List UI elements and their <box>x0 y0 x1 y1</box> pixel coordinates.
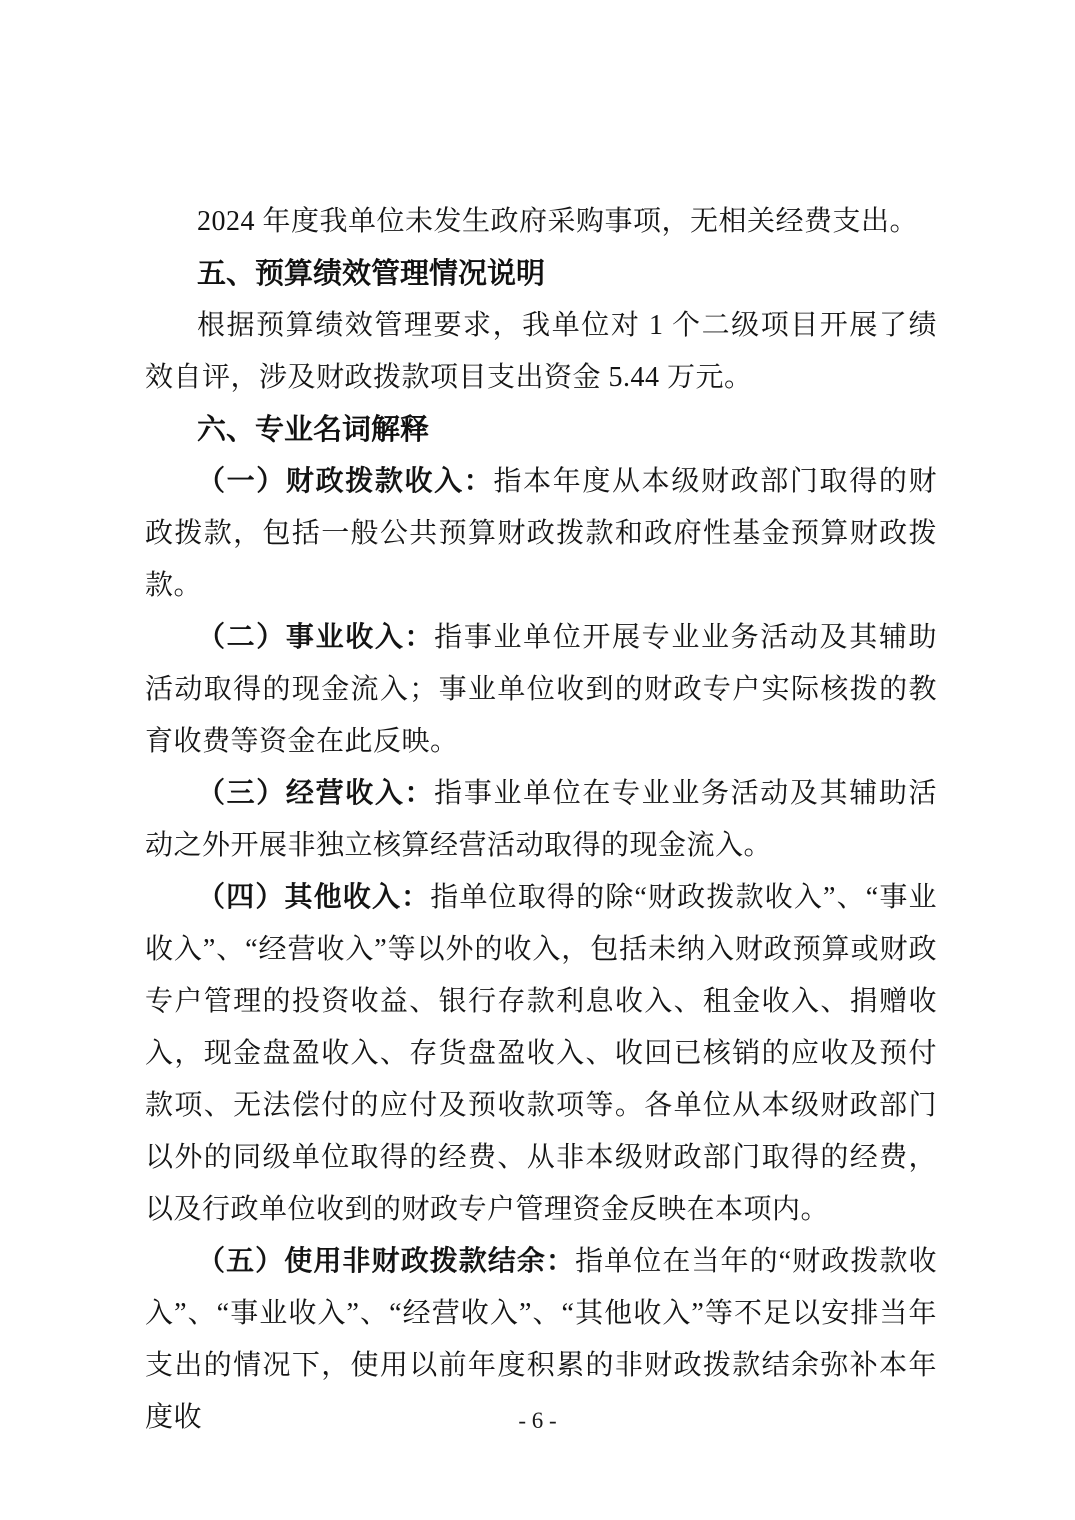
definition-paragraph-other-income: （四）其他收入：指单位取得的除“财政拨款收入”、“事业收入”、“经营收入”等以外… <box>145 872 937 1236</box>
term-label-fiscal-appropriation-income: （一）财政拨款收入： <box>197 466 493 497</box>
definition-paragraph-operating-income-public: （二）事业收入：指事业单位开展专业业务活动及其辅助活动取得的现金流入；事业单位收… <box>145 612 937 768</box>
term-label-other-income: （四）其他收入： <box>197 882 430 913</box>
term-definition-other-income: 指单位取得的除“财政拨款收入”、“事业收入”、“经营收入”等以外的收入，包括未纳… <box>145 882 937 1225</box>
term-label-non-fiscal-carryover: （五）使用非财政拨款结余： <box>197 1246 575 1277</box>
definition-paragraph-business-income: （三）经营收入：指事业单位在专业业务活动及其辅助活动之外开展非独立核算经营活动取… <box>145 768 937 872</box>
document-content: 2024 年度我单位未发生政府采购事项，无相关经费支出。 五、预算绩效管理情况说… <box>145 196 937 1444</box>
paragraph-performance-summary: 根据预算绩效管理要求，我单位对 1 个二级项目开展了绩效自评，涉及财政拨款项目支… <box>145 300 937 404</box>
term-label-business-income: （三）经营收入： <box>197 778 434 809</box>
definition-paragraph-fiscal-appropriation-income: （一）财政拨款收入：指本年度从本级财政部门取得的财政拨款，包括一般公共预算财政拨… <box>145 456 937 612</box>
page-number: - 6 - <box>518 1408 556 1433</box>
term-label-public-institution-income: （二）事业收入： <box>197 622 434 653</box>
document-page: 2024 年度我单位未发生政府采购事项，无相关经费支出。 五、预算绩效管理情况说… <box>0 0 1075 1520</box>
page-footer: - 6 - <box>0 1406 1075 1436</box>
paragraph-procurement-note: 2024 年度我单位未发生政府采购事项，无相关经费支出。 <box>145 196 937 248</box>
heading-section-five-budget-performance: 五、预算绩效管理情况说明 <box>145 248 937 300</box>
heading-section-six-terminology: 六、专业名词解释 <box>145 404 937 456</box>
